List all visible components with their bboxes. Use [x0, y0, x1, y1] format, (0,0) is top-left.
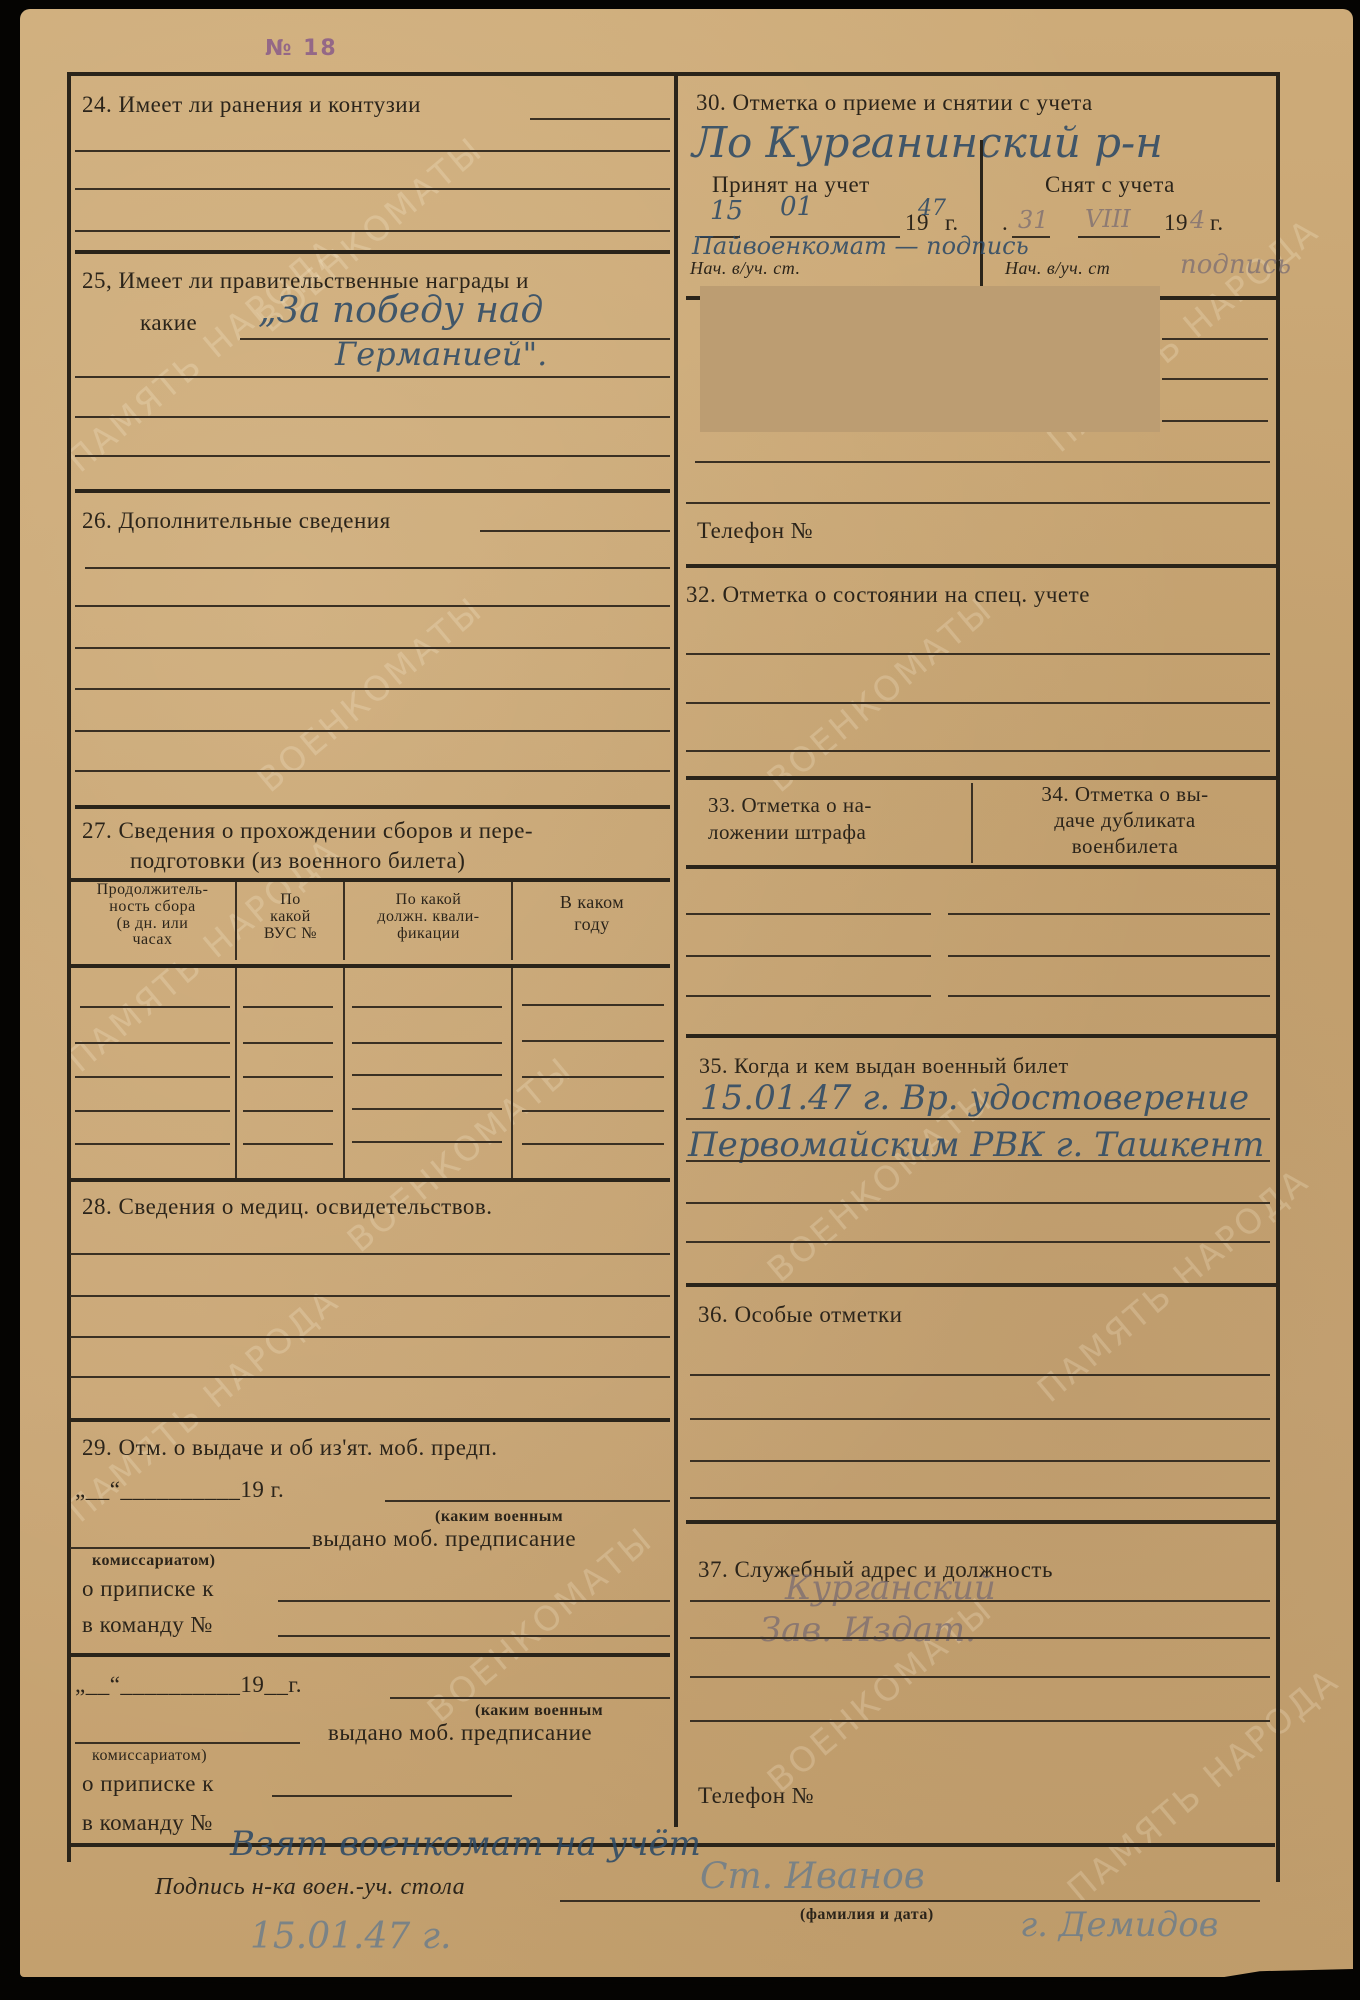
team-field-1[interactable] — [278, 1635, 670, 1637]
mob-order-assign-1: о приписке к — [82, 1576, 214, 1602]
accepted-sign-label: Нач. в/уч. ст. — [690, 258, 800, 279]
table-row — [522, 1040, 664, 1042]
rule — [75, 647, 670, 649]
section-33-label-2: ложении штрафа — [708, 820, 866, 844]
table-header-qualification: По какой должн. квали- фикации — [346, 892, 511, 942]
table-row — [80, 1006, 230, 1008]
removed-day-field[interactable] — [1012, 236, 1050, 238]
table-row — [75, 1076, 230, 1078]
rule — [686, 702, 1270, 704]
mob-order-team-1: в команду № — [82, 1612, 213, 1638]
table-header-year: В каком году — [514, 892, 670, 935]
s30-split — [980, 140, 983, 288]
signature-value: Ст. Иванов — [700, 1856, 925, 1897]
table-col-rule — [511, 882, 513, 960]
section-25-label-2: какие — [140, 310, 197, 336]
rule — [75, 376, 670, 378]
mob-order-hint2-2: комиссариатом) — [92, 1747, 207, 1765]
rule — [686, 1202, 1270, 1204]
rule — [75, 770, 670, 772]
rule — [690, 1637, 1270, 1639]
rule — [75, 230, 670, 232]
rule — [690, 1460, 1270, 1462]
rule — [686, 1118, 1270, 1120]
mob-order-hint2-1: комиссариатом) — [92, 1552, 216, 1570]
rule — [686, 502, 1270, 504]
s34-field[interactable] — [948, 995, 1270, 997]
section-37-value: Курганский — [785, 1568, 996, 1608]
rule — [695, 461, 1270, 463]
section-36-label: 36. Особые отметки — [698, 1302, 902, 1328]
table-col-rule — [343, 968, 345, 1178]
section-separator — [686, 865, 1276, 869]
frame-right — [1276, 72, 1280, 1882]
section-27-label-2: подготовки (из военного билета) — [130, 848, 465, 874]
rule — [75, 150, 670, 152]
mob-order-date-2: „__“__________19__г. — [75, 1672, 302, 1698]
table-row — [522, 1143, 664, 1145]
rule — [480, 530, 670, 532]
column-divider — [674, 72, 678, 1827]
section-separator — [686, 1034, 1276, 1038]
footer-handwritten-note: Взят военкомат на учёт — [230, 1824, 701, 1864]
rule — [75, 688, 670, 690]
section-31-phone-label: Телефон № — [697, 518, 813, 544]
section-25-value-2: Германией". — [335, 335, 547, 373]
rule — [530, 118, 670, 120]
accepted-day: 15 — [710, 196, 743, 226]
table-row — [522, 1076, 664, 1078]
section-separator — [686, 1520, 1276, 1524]
table-col-rule — [511, 968, 513, 1178]
archive-number-stamp: № 18 — [265, 36, 338, 61]
rule — [75, 730, 670, 732]
section-34-label-2: даче дубликата — [975, 808, 1275, 832]
table-row — [352, 1006, 502, 1008]
s33-field[interactable] — [686, 995, 931, 997]
rule — [690, 1676, 1270, 1678]
rule — [686, 1160, 1270, 1162]
table-row — [243, 1110, 333, 1112]
section-separator — [70, 1653, 670, 1657]
section-25-value: „За победу над — [258, 290, 543, 331]
table-col-rule — [235, 882, 237, 960]
commissariat-field-1[interactable] — [70, 1547, 310, 1549]
rule — [690, 1374, 1270, 1376]
table-col-rule — [343, 882, 345, 960]
s33-field[interactable] — [686, 955, 931, 957]
section-29-label: 29. Отм. о выдаче и об из'ят. моб. предп… — [82, 1435, 497, 1461]
table-row — [522, 1110, 664, 1112]
section-30-label: 30. Отметка о приеме и снятии с учета — [696, 90, 1093, 116]
section-separator — [686, 564, 1276, 568]
s33-s34-split — [971, 783, 973, 863]
removed-label: Снят с учета — [1045, 172, 1175, 198]
removed-year: 4 — [1190, 206, 1205, 234]
section-27-label: 27. Сведения о прохождении сборов и пере… — [82, 818, 533, 844]
table-row — [243, 1143, 333, 1145]
mob-order-hint-1: (каким военным — [435, 1508, 563, 1526]
table-col-rule — [235, 968, 237, 1178]
table-row — [75, 1143, 230, 1145]
rule — [690, 1497, 1270, 1499]
table-row — [243, 1042, 333, 1044]
mob-order-issued-1: выдано моб. предписание — [312, 1526, 576, 1552]
rule — [75, 416, 670, 418]
mob-order-date-1: „__“__________19 г. — [75, 1477, 284, 1503]
rule — [690, 1600, 1270, 1602]
section-34-label-3: военбилета — [975, 834, 1275, 858]
section-separator — [686, 776, 1276, 780]
signature-label: Подпись н-ка воен.-уч. стола — [155, 1874, 465, 1902]
section-separator — [75, 805, 670, 809]
rule — [70, 1253, 670, 1255]
accepted-year: 47 — [918, 196, 946, 221]
s34-field[interactable] — [948, 913, 1270, 915]
removed-signature: подпись — [1180, 250, 1291, 280]
section-37-phone-label: Телефон № — [698, 1783, 814, 1809]
table-row — [352, 1074, 502, 1076]
removed-day: 31 — [1018, 206, 1049, 234]
redacted-block — [700, 286, 1160, 432]
s33-field[interactable] — [686, 913, 931, 915]
removed-year-suffix: г. — [1210, 210, 1224, 236]
assign-field-2[interactable] — [272, 1795, 512, 1797]
signature-field[interactable] — [560, 1900, 1260, 1902]
accepted-signature: Пайвоенкомат — подпись — [692, 232, 1029, 260]
section-32-label: 32. Отметка о состоянии на спец. учете — [686, 582, 1090, 608]
section-33-label: 33. Отметка о на- — [708, 793, 872, 817]
section-34-label: 34. Отметка о вы- — [975, 782, 1275, 806]
rule — [70, 1376, 670, 1378]
rule — [75, 188, 670, 190]
table-row — [352, 1042, 502, 1044]
section-35-value: 15.01.47 г. Вр. удостоверение — [700, 1078, 1249, 1118]
assign-field-1[interactable] — [278, 1600, 670, 1602]
section-28-label: 28. Сведения о медиц. освидетельствов. — [82, 1194, 493, 1220]
table-row — [243, 1076, 333, 1078]
table-row — [352, 1108, 502, 1110]
section-separator — [70, 1178, 670, 1182]
rule — [690, 1418, 1270, 1420]
rule — [70, 1295, 670, 1297]
mob-order-team-2: в команду № — [82, 1810, 213, 1836]
table-header-bottom — [70, 964, 670, 968]
table-row — [243, 1006, 333, 1008]
section-35-value-2: Первомайским РВК г. Ташкент — [688, 1125, 1264, 1165]
commissariat-field-2[interactable] — [75, 1742, 300, 1744]
table-row — [352, 1141, 502, 1143]
mob-order-hint-2: (каким военным — [475, 1702, 603, 1720]
table-row — [75, 1042, 230, 1044]
table-row — [522, 1004, 664, 1006]
section-26-label: 26. Дополнительные сведения — [82, 508, 391, 534]
rule — [1162, 420, 1268, 422]
torn-edge — [20, 1969, 1353, 1991]
mob-order-issued-2: выдано моб. предписание — [328, 1720, 592, 1746]
rule — [385, 1500, 670, 1502]
section-separator — [75, 250, 670, 254]
rule — [1162, 338, 1268, 340]
section-separator — [70, 1418, 670, 1422]
rule — [70, 1336, 670, 1338]
footer-date: 15.01.47 г. — [250, 1916, 451, 1957]
rule — [75, 455, 670, 457]
rule — [686, 653, 1270, 655]
removed-year-prefix: 19 — [1164, 210, 1188, 236]
section-separator — [75, 489, 670, 493]
section-24-label: 24. Имеет ли ранения и контузии — [82, 92, 421, 118]
table-header-duration: Продолжитель- ность сбора (в дн. или час… — [70, 882, 235, 949]
rule — [240, 338, 670, 340]
footer-surname: г. Демидов — [1020, 1905, 1218, 1945]
removed-month: VIII — [1085, 205, 1131, 233]
removed-sign-label: Нач. в/уч. ст — [1005, 258, 1110, 279]
section-37-value-2: Зав. Издат. — [760, 1610, 976, 1650]
rule — [75, 605, 670, 607]
table-row — [75, 1110, 230, 1112]
rule — [1162, 378, 1268, 380]
s34-field[interactable] — [948, 955, 1270, 957]
section-35-label: 35. Когда и кем выдан военный билет — [699, 1053, 1069, 1078]
rule — [686, 1241, 1270, 1243]
rule — [85, 567, 670, 569]
rule — [686, 750, 1270, 752]
section-30-handwritten-header: Ло Курганинский р-н — [692, 118, 1163, 167]
table-header-vus: По какой ВУС № — [238, 892, 343, 942]
rule — [690, 1720, 1270, 1722]
removed-date-prefix: . — [1002, 210, 1008, 236]
mob-order-assign-2: о приписке к — [82, 1771, 214, 1797]
accepted-month: 01 — [780, 192, 813, 222]
section-separator — [686, 1283, 1276, 1287]
signature-hint: (фамилия и дата) — [800, 1906, 934, 1924]
rule — [390, 1697, 670, 1699]
removed-month-field[interactable] — [1078, 236, 1160, 238]
